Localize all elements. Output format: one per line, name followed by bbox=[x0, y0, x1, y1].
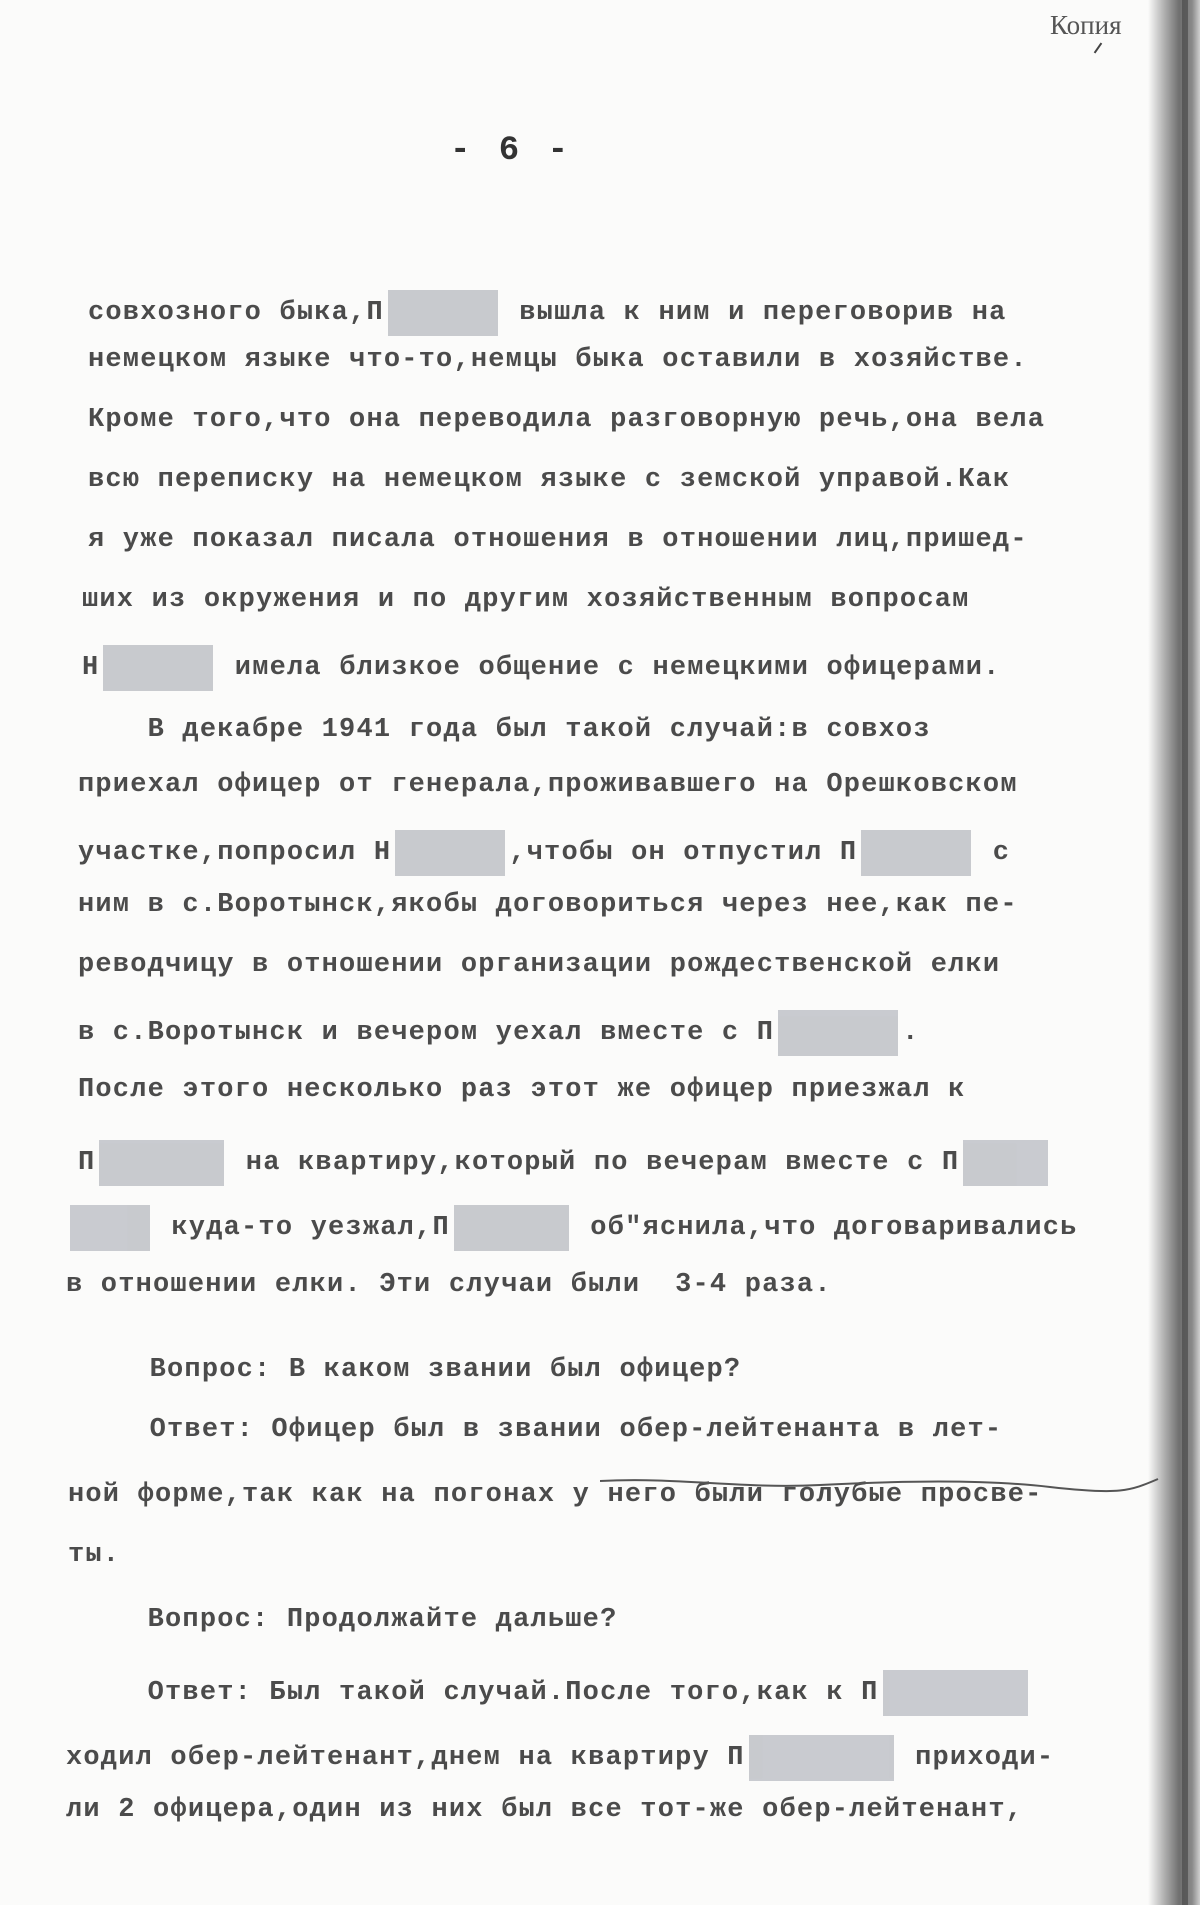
redaction-box bbox=[454, 1205, 569, 1251]
handwritten-underline bbox=[600, 1475, 1160, 1495]
line-text: на квартиру,который по вечерам вместе с … bbox=[228, 1148, 959, 1178]
line-text: реводчицу в отношении организации рождес… bbox=[78, 950, 1000, 980]
line-text: вышла к ним и переговорив на bbox=[502, 298, 1007, 328]
typed-line: немецком языке что-то,немцы быка оставил… bbox=[88, 345, 1028, 375]
typed-line: В декабре 1941 года был такой случай:в с… bbox=[78, 715, 931, 745]
redaction-box bbox=[99, 1140, 224, 1186]
redaction-box bbox=[778, 1010, 898, 1056]
typed-line: ним в с.Воротынск,якобы договориться чер… bbox=[78, 890, 1018, 920]
line-text: куда-то уезжал,П bbox=[154, 1213, 450, 1243]
typed-line: всю переписку на немецком языке с земско… bbox=[88, 465, 1010, 495]
typed-line: участке,попросил Н,чтобы он отпустил П с bbox=[78, 830, 1010, 876]
line-text: После этого несколько раз этот же офицер… bbox=[78, 1075, 966, 1105]
typed-line: После этого несколько раз этот же офицер… bbox=[78, 1075, 966, 1105]
typed-line: Вопрос: Продолжайте дальше? bbox=[78, 1605, 617, 1635]
line-text: . bbox=[902, 1018, 919, 1048]
typed-line: совхозного быка,П вышла к ним и перегово… bbox=[88, 290, 1007, 336]
line-text: с bbox=[975, 838, 1010, 868]
typed-line: в с.Воротынск и вечером уехал вместе с П… bbox=[78, 1010, 920, 1056]
line-text: об"яснила,что договаривались bbox=[573, 1213, 1078, 1243]
typed-line: ших из окружения и по другим хозяйственн… bbox=[82, 585, 970, 615]
line-text: Вопрос: В каком звании был офицер? bbox=[80, 1355, 741, 1385]
copy-stamp: Копия bbox=[1050, 10, 1121, 41]
line-text: приехал офицер от генерала,проживавшего … bbox=[78, 770, 1018, 800]
typed-line: Ответ: Был такой случай.После того,как к… bbox=[78, 1670, 1032, 1716]
redaction-box bbox=[861, 830, 971, 876]
line-text: В декабре 1941 года был такой случай:в с… bbox=[78, 715, 931, 745]
typed-line: Ответ: Офицер был в звании обер-лейтенан… bbox=[80, 1415, 1002, 1445]
typed-line: ходил обер-лейтенант,днем на квартиру П … bbox=[66, 1735, 1054, 1781]
line-text: ты. bbox=[68, 1540, 120, 1570]
line-text: совхозного быка,П bbox=[88, 298, 384, 328]
typed-line: Н имела близкое общение с немецкими офиц… bbox=[82, 645, 1001, 691]
typed-line: я уже показал писала отношения в отношен… bbox=[88, 525, 1028, 555]
redaction-box bbox=[749, 1735, 894, 1781]
line-text: ним в с.Воротынск,якобы договориться чер… bbox=[78, 890, 1018, 920]
scan-edge-shadow bbox=[1148, 0, 1200, 1905]
typed-line: куда-то уезжал,П об"яснила,что договарив… bbox=[66, 1205, 1078, 1251]
line-text: немецком языке что-то,немцы быка оставил… bbox=[88, 345, 1028, 375]
typed-line: Вопрос: В каком звании был офицер? bbox=[80, 1355, 741, 1385]
line-text: участке,попросил Н bbox=[78, 838, 391, 868]
typed-line: ты. bbox=[68, 1540, 120, 1570]
typed-line: Кроме того,что она переводила разговорну… bbox=[88, 405, 1045, 435]
line-text: ли 2 офицера,один из них был все тот-же … bbox=[66, 1795, 1023, 1825]
typed-line: П на квартиру,который по вечерам вместе … bbox=[78, 1140, 1052, 1186]
redaction-box bbox=[388, 290, 498, 336]
redaction-box bbox=[883, 1670, 1028, 1716]
line-text: в отношении елки. Эти случаи были 3-4 ра… bbox=[66, 1270, 832, 1300]
redaction-box bbox=[70, 1205, 150, 1251]
redaction-box bbox=[395, 830, 505, 876]
line-text: Ответ: Офицер был в звании обер-лейтенан… bbox=[80, 1415, 1002, 1445]
scan-edge-line bbox=[1182, 0, 1188, 1905]
line-text: Вопрос: Продолжайте дальше? bbox=[78, 1605, 617, 1635]
line-text: в с.Воротынск и вечером уехал вместе с П bbox=[78, 1018, 774, 1048]
redaction-box bbox=[103, 645, 213, 691]
typed-line: в отношении елки. Эти случаи были 3-4 ра… bbox=[66, 1270, 832, 1300]
line-text: приходи- bbox=[898, 1743, 1055, 1773]
redaction-box bbox=[963, 1140, 1048, 1186]
typed-line: ли 2 офицера,один из них был все тот-же … bbox=[66, 1795, 1023, 1825]
line-text: имела близкое общение с немецкими офицер… bbox=[217, 653, 1000, 683]
page-number: - 6 - bbox=[450, 132, 572, 170]
line-text: Ответ: Был такой случай.После того,как к… bbox=[78, 1678, 879, 1708]
typed-line: приехал офицер от генерала,проживавшего … bbox=[78, 770, 1018, 800]
line-text: всю переписку на немецком языке с земско… bbox=[88, 465, 1010, 495]
document-page: Копия - 6 - совхозного быка,П вышла к ни… bbox=[0, 0, 1200, 1905]
line-text: ,чтобы он отпустил П bbox=[509, 838, 857, 868]
line-text: ходил обер-лейтенант,днем на квартиру П bbox=[66, 1743, 745, 1773]
line-text: Н bbox=[82, 653, 99, 683]
line-text: ших из окружения и по другим хозяйственн… bbox=[82, 585, 970, 615]
line-text: П bbox=[78, 1148, 95, 1178]
line-text: я уже показал писала отношения в отношен… bbox=[88, 525, 1028, 555]
typed-line: реводчицу в отношении организации рождес… bbox=[78, 950, 1000, 980]
line-text: Кроме того,что она переводила разговорну… bbox=[88, 405, 1045, 435]
stamp-mark bbox=[1094, 43, 1103, 54]
